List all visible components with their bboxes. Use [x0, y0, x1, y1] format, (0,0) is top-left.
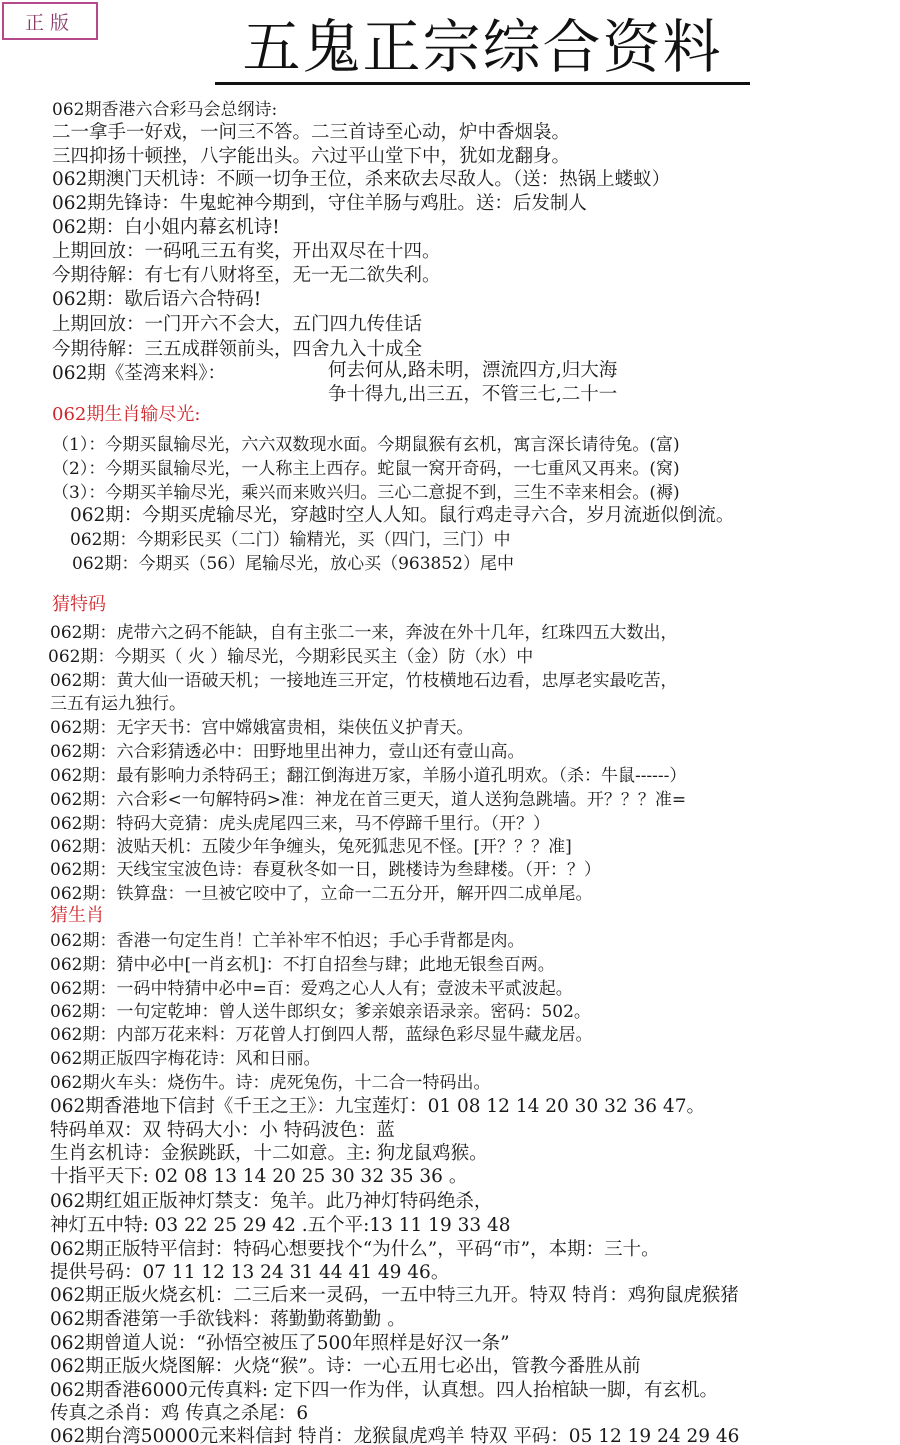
text-line: 062期香港地下信封《千王之王》：九宝莲灯：01 08 12 14 20 30 …	[50, 1097, 705, 1117]
verse-line: 何去何从,路未明，漂流四方,归大海	[328, 361, 617, 381]
text-line: 062期：一句定乾坤：曾人送牛郎织女；爹亲娘亲语录亲。密码：502。	[50, 1002, 591, 1022]
text-line: 三五有运九独行。	[50, 694, 186, 714]
text-line: 062期火车头：烧伤牛。诗：虎死兔伤，十二合一特码出。	[50, 1073, 490, 1093]
text-line: 062期香港六合彩马会总纲诗:	[52, 100, 277, 120]
text-line: 062期：波贴天机：五陵少年争缠头，兔死狐悲见不怪。[开？？？准]	[50, 837, 572, 857]
text-line: 十指平天下: 02 08 13 14 20 25 30 32 35 36 。	[50, 1167, 467, 1187]
text-line: （3）：今期买羊输尽光，乘兴而来败兴归。三心二意捉不到，三生不幸来相会。(褥)	[52, 483, 680, 503]
text-line: 062期先锋诗：牛鬼蛇神今期到，守住羊肠与鸡肚。送：后发制人	[52, 194, 587, 214]
text-line: 062期：香港一句定生肖！亡羊补牢不怕迟；手心手背都是肉。	[50, 931, 524, 951]
text-line: 062期：今期买（ 火 ）输尽光，今期彩民买主（金）防（水）中	[48, 647, 533, 667]
text-line: 062期：一码中特猜中必中=百：爱鸡之心人人有；壹波未平贰波起。	[50, 979, 573, 999]
text-line: 提供号码：07 11 12 13 24 31 44 41 49 46。	[50, 1263, 449, 1283]
text-line: 062期：猜中必中[一肖玄机]：不打自招叁与肆；此地无银叁百两。	[50, 955, 555, 975]
text-line: 062期《荃湾来料》：	[52, 364, 226, 384]
page-title: 五鬼正宗综合资料	[215, 14, 750, 85]
text-line: 三四抑扬十顿挫，八字能出头。六过平山堂下中，犹如龙翻身。	[52, 147, 570, 167]
text-line: 上期回放：一门开六不会大，五门四九传佳话	[52, 315, 422, 335]
text-line: 二一拿手一好戏，一问三不答。二三首诗至心动，炉中香烟袅。	[52, 123, 570, 143]
text-line: 神灯五中特: 03 22 25 29 42 .五个平:13 11 19 33 4…	[50, 1216, 511, 1236]
text-line: 062期香港第一手欲钱料：蒋勤勤蒋勤勤 。	[50, 1310, 406, 1330]
text-line: 062期正版火烧图解：火烧“猴”。诗：一心五用七必出，管教今番胜从前	[50, 1357, 641, 1377]
text-line: 062期：最有影响力杀特码王；翻江倒海进万家，羊肠小道孔明欢。（杀：牛鼠----…	[50, 766, 686, 786]
text-line: 062期：六合彩猜透必中：田野地里出神力，壹山还有壹山高。	[50, 742, 524, 762]
text-line: 062期：黄大仙一语破天机；一接地连三开定，竹枝横地石边看，忠厚老实最吃苦，	[50, 671, 677, 691]
text-line: 062期：六合彩<一句解特码>准：神龙在首三更天，道人送狗急跳墙。开？？？准=	[50, 790, 686, 810]
authentic-badge: 正版	[2, 2, 98, 40]
text-line: 062期：无字天书：宫中嫦娥富贵相，柒侠伍义护青天。	[50, 718, 473, 738]
text-line: 特码单双：双 特码大小：小 特码波色：蓝	[50, 1121, 395, 1141]
text-line: 062期红姐正版神灯禁支：兔羊。此乃神灯特码绝杀，	[50, 1192, 492, 1212]
text-line: （2）：今期买鼠输尽光，一人称主上西存。蛇鼠一窝开奇码，一七重风又再来。(窝)	[52, 459, 680, 479]
text-line: （1）：今期买鼠输尽光，六六双数现水面。今期鼠猴有玄机，寓言深长请待兔。(富)	[52, 435, 680, 455]
text-line: 062期正版火烧玄机：二三后来一灵码，一五中特三九开。特双 特肖：鸡狗鼠虎猴猪	[50, 1286, 739, 1306]
text-line: 062期：今期买（56）尾输尽光，放心买（963852）尾中	[72, 554, 514, 574]
section-heading: 猜生肖	[50, 906, 104, 926]
text-line: 062期：天线宝宝波色诗：春夏秋冬如一日，跳楼诗为叁肆楼。（开：？）	[50, 860, 601, 880]
text-line: 062期台湾50000元来料信封 特肖：龙猴鼠虎鸡羊 特双 平码：05 12 1…	[50, 1427, 739, 1445]
text-line: 062期：虎带六之码不能缺，自有主张二一来，奔波在外十几年，红珠四五大数出，	[50, 623, 677, 643]
text-line: 今期待解：三五成群领前头，四舍九入十成全	[52, 340, 422, 360]
text-line: 062期：歇后语六合特码!	[52, 290, 261, 310]
text-line: 062期：铁算盘：一旦被它咬中了，立命一二五分开，解开四二成单尾。	[50, 884, 592, 904]
text-line: 062期香港6000元传真料: 定下四一作为伴，认真想。四人抬棺缺一脚，有玄机。	[50, 1381, 718, 1401]
text-line: 062期：今期彩民买（二门）输精光，买（四门，三门）中	[70, 530, 510, 550]
text-line: 今期待解：有七有八财将至，无一无二欲失利。	[52, 266, 441, 286]
verse-line: 争十得九,出三五，不管三七,二十一	[328, 385, 617, 405]
text-line: 062期：内部万花来料：万花曾人打倒四人帮，蓝绿色彩尽显牛藏龙居。	[50, 1025, 592, 1045]
text-line: 062期正版特平信封：特码心想要找个“为什么”，平码“市”，本期：三十。	[50, 1240, 660, 1260]
text-line: 062期：特码大竞猜：虎头虎尾四三来，马不停蹄千里行。（开？）	[50, 814, 550, 834]
section-heading: 猜特码	[52, 595, 106, 615]
text-line: 062期：白小姐内幕玄机诗!	[52, 218, 280, 238]
text-line: 062期正版四字梅花诗：风和日丽。	[50, 1049, 320, 1069]
text-line: 生肖玄机诗：金猴跳跃，十二如意。主: 狗龙鼠鸡猴。	[50, 1144, 488, 1164]
text-line: 062期：今期买虎输尽光，穿越时空人人知。鼠行鸡走寻六合，岁月流逝似倒流。	[70, 506, 734, 526]
section-heading: 062期生肖输尽光:	[52, 405, 200, 425]
text-line: 062期曾道人说：“孙悟空被压了500年照样是好汉一条”	[50, 1334, 510, 1354]
text-line: 062期澳门天机诗：不顾一切争王位，杀来砍去尽敌人。（送：热锅上蝼蚁）	[52, 170, 670, 190]
text-line: 上期回放：一码吼三五有奖，开出双尽在十四。	[52, 242, 441, 262]
text-line: 传真之杀肖：鸡 传真之杀尾：6	[50, 1404, 308, 1424]
